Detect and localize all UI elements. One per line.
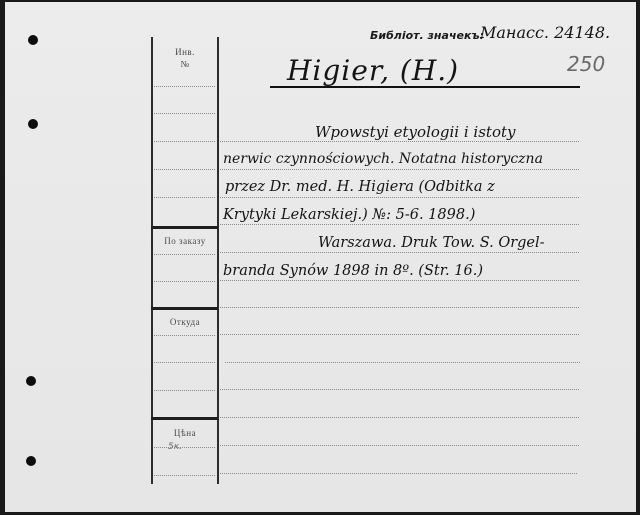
description-line-1: Wpowstyi etyologii i istoty xyxy=(315,123,515,141)
punch-hole-4 xyxy=(26,456,36,466)
price-label: Цѣна xyxy=(153,428,217,438)
ruling-line xyxy=(225,362,580,363)
ruling-line xyxy=(220,197,580,198)
section-divider-price xyxy=(151,417,218,420)
description-line-2: nerwic czynnościowych. Notatna historycz… xyxy=(223,151,543,167)
left-divider xyxy=(154,86,216,87)
ruling-line xyxy=(220,307,580,308)
source-label: Откуда xyxy=(153,317,217,327)
left-divider xyxy=(154,197,216,198)
catalog-card: Инв. № По заказу Откуда Цѣна 5к. Библіот… xyxy=(5,2,636,512)
ruling-line xyxy=(220,280,580,281)
punch-hole-3 xyxy=(26,376,36,386)
left-divider xyxy=(154,475,216,476)
inv-label: Инв. xyxy=(153,47,217,57)
ruling-line xyxy=(220,334,580,335)
left-divider xyxy=(154,390,216,391)
author-underline xyxy=(270,86,580,88)
description-line-5: Warszawa. Druk Tow. S. Orgel- xyxy=(318,235,545,251)
ruling-line xyxy=(220,417,580,418)
description-line-3: przez Dr. med. H. Higiera (Odbitka z xyxy=(225,179,495,195)
inv-no-label: № xyxy=(153,59,217,69)
left-divider xyxy=(154,254,216,255)
ruling-line xyxy=(220,473,578,474)
left-divider xyxy=(154,362,216,363)
left-divider xyxy=(154,141,216,142)
author-heading: Higier, (H.) xyxy=(287,54,459,87)
punch-hole-2 xyxy=(28,119,38,129)
ruling-line xyxy=(220,389,580,390)
punch-hole-1 xyxy=(28,35,38,45)
left-divider xyxy=(154,113,216,114)
ruling-line xyxy=(220,169,580,170)
description-line-4: Krytyki Lekarskiej.) №: 5-6. 1898.) xyxy=(223,207,475,223)
ruling-line xyxy=(220,252,580,253)
left-divider xyxy=(154,281,216,282)
pencil-number: 250 xyxy=(567,52,605,76)
ruling-line xyxy=(220,224,580,225)
section-divider-source xyxy=(151,307,218,310)
library-mark-value: Манасс. 24148. xyxy=(480,23,610,42)
left-divider xyxy=(154,447,216,448)
ruling-line xyxy=(220,141,580,142)
ruling-line xyxy=(220,445,580,446)
section-divider-order xyxy=(151,226,218,229)
description-line-6: branda Synów 1898 in 8º. (Str. 16.) xyxy=(223,263,483,279)
library-mark-label: Библіот. значекъ: xyxy=(370,29,484,42)
left-divider xyxy=(154,169,216,170)
left-divider xyxy=(154,335,216,336)
order-label: По заказу xyxy=(153,236,217,246)
